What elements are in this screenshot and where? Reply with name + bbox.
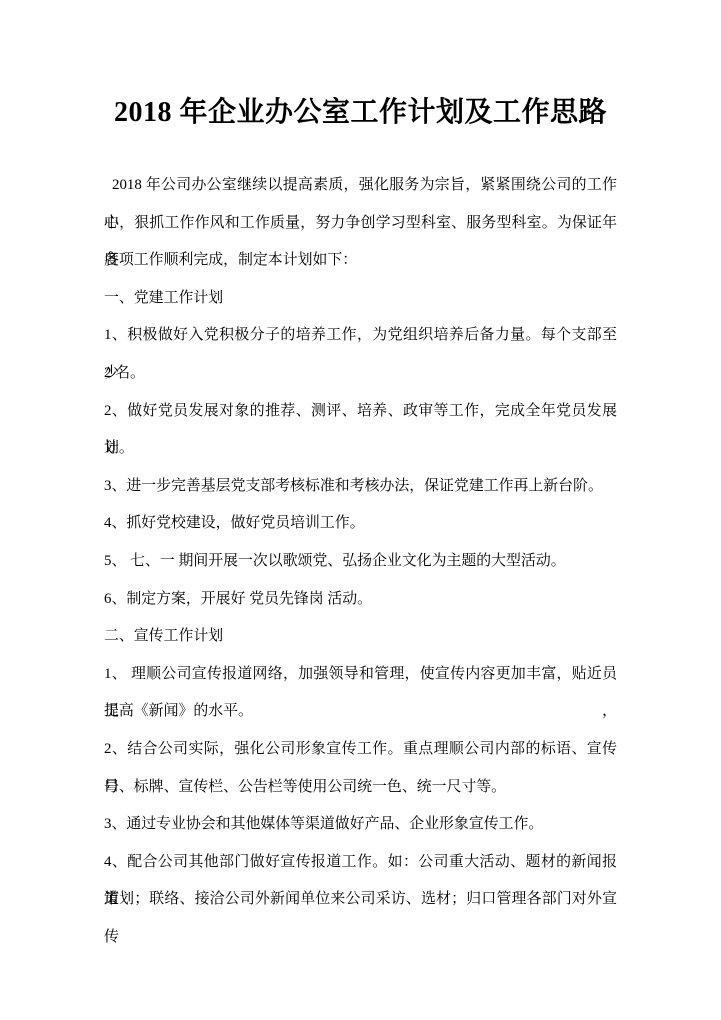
text-line: 6、制定方案，开展好 党员先锋岗 活动。 — [104, 581, 617, 619]
text-line: 各项工作顺利完成，制定本计划如下： — [104, 242, 617, 280]
text-line: 2、结合公司实际，强化公司形象宣传工作。重点理顺公司内部的标语、宣传口 — [104, 731, 617, 769]
document-body: 2018 年公司办公室继续以提高素质，强化服务为宗旨，紧紧围绕公司的工作中 心，… — [104, 167, 617, 919]
text-line: 划。 — [104, 430, 617, 468]
text-line: 2、做好党员发展对象的推荐、测评、培养、政审等工作，完成全年党员发展计 — [104, 393, 617, 431]
section-heading: 二、宣传工作计划 — [104, 618, 617, 656]
text-line: 号、标牌、宣传栏、公告栏等使用公司统一色、统一尺寸等。 — [104, 769, 617, 807]
text-line: 心，狠抓工作作风和工作质量，努力争创学习型科室、服务型科室。为保证年度 — [104, 205, 617, 243]
text-line: 3、通过专业协会和其他媒体等渠道做好产品、企业形象宣传工作。 — [104, 806, 617, 844]
text-line: 2018 年公司办公室继续以提高素质，强化服务为宗旨，紧紧围绕公司的工作中 — [104, 167, 617, 205]
text-line: 1、积极做好入党积极分子的培养工作，为党组织培养后备力量。每个支部至少 — [104, 317, 617, 355]
document-title: 2018 年企业办公室工作计划及工作思路 — [0, 90, 721, 130]
section-heading: 一、党建工作计划 — [104, 280, 617, 318]
text-line: 2 名。 — [104, 355, 617, 393]
text-line: 3、进一步完善基层党支部考核标准和考核办法，保证党建工作再上新台阶。 — [104, 468, 617, 506]
text-line: 4、抓好党校建设，做好党员培训工作。 — [104, 505, 617, 543]
text-line: 4、配合公司其他部门做好宣传报道工作。如：公司重大活动、题材的新闻报道 — [104, 844, 617, 882]
text-line: 5、 七、一 期间开展一次以歌颂党、弘扬企业文化为主题的大型活动。 — [104, 543, 617, 581]
text-line: 策划；联络、接洽公司外新闻单位来公司采访、选材；归口管理各部门对外宣传 — [104, 881, 617, 919]
document-page: 2018 年企业办公室工作计划及工作思路 2018 年公司办公室继续以提高素质，… — [0, 0, 721, 1020]
text-line: 1、 理顺公司宣传报道网络，加强领导和管理，使宣传内容更加丰富，贴近员工， — [104, 656, 617, 694]
